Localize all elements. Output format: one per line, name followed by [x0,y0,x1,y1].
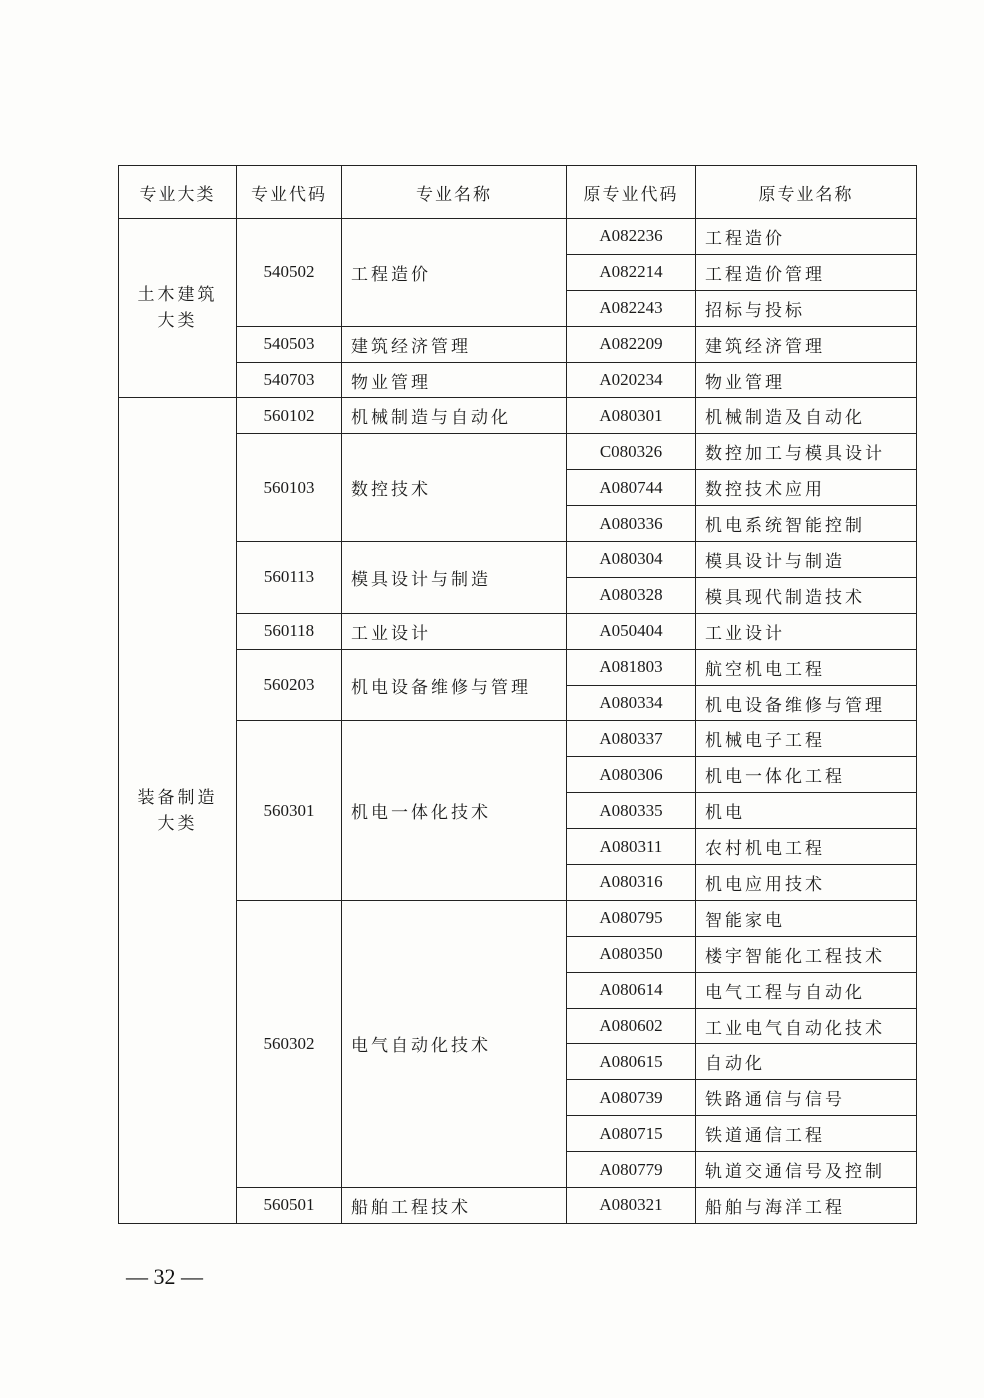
old-major-name-cell: 机电 [696,793,917,829]
category-line: 大类 [119,811,236,837]
old-major-code-cell: A020234 [567,362,696,398]
old-major-code-cell: A082243 [567,290,696,326]
major-name-cell: 数控技术 [342,434,567,542]
major-name-cell: 机电设备维修与管理 [342,649,567,721]
old-major-name-cell: 工业设计 [696,613,917,649]
old-major-name-cell: 机械制造及自动化 [696,398,917,434]
major-name-cell: 模具设计与制造 [342,542,567,614]
old-major-code-cell: A082209 [567,326,696,362]
table-header-row: 专业大类 专业代码 专业名称 原专业代码 原专业名称 [119,166,917,219]
major-name-cell: 机械制造与自动化 [342,398,567,434]
category-line: 大类 [119,308,236,334]
header-old-major-code: 原专业代码 [567,166,696,219]
old-major-name-cell: 工业电气自动化技术 [696,1008,917,1044]
old-major-code-cell: A080779 [567,1152,696,1188]
table-body: 土木建筑大类540502工程造价A082236工程造价A082214工程造价管理… [119,219,917,1224]
table-row: 560302电气自动化技术A080795智能家电 [119,900,917,936]
page-number: — 32 — [126,1264,203,1290]
old-major-name-cell: 工程造价 [696,219,917,255]
old-major-name-cell: 楼宇智能化工程技术 [696,936,917,972]
header-old-major-name: 原专业名称 [696,166,917,219]
major-code-cell: 560301 [237,721,342,900]
old-major-code-cell: A080744 [567,470,696,506]
major-name-cell: 工业设计 [342,613,567,649]
old-major-name-cell: 电气工程与自动化 [696,972,917,1008]
old-major-code-cell: A080615 [567,1044,696,1080]
old-major-name-cell: 建筑经济管理 [696,326,917,362]
old-major-code-cell: A080306 [567,757,696,793]
old-major-code-cell: A080311 [567,829,696,865]
major-code-cell: 540502 [237,219,342,327]
header-category: 专业大类 [119,166,237,219]
table-row: 土木建筑大类540502工程造价A082236工程造价 [119,219,917,255]
major-name-cell: 建筑经济管理 [342,326,567,362]
old-major-name-cell: 机械电子工程 [696,721,917,757]
old-major-code-cell: A080336 [567,506,696,542]
major-code-cell: 560118 [237,613,342,649]
old-major-name-cell: 机电应用技术 [696,865,917,901]
old-major-name-cell: 农村机电工程 [696,829,917,865]
major-code-cell: 560203 [237,649,342,721]
old-major-name-cell: 铁道通信工程 [696,1116,917,1152]
old-major-name-cell: 自动化 [696,1044,917,1080]
old-major-name-cell: 工程造价管理 [696,254,917,290]
major-name-cell: 物业管理 [342,362,567,398]
old-major-code-cell: A080328 [567,577,696,613]
major-name-cell: 船舶工程技术 [342,1188,567,1224]
old-major-name-cell: 模具现代制造技术 [696,577,917,613]
table-row: 540703物业管理A020234物业管理 [119,362,917,398]
old-major-code-cell: A080715 [567,1116,696,1152]
old-major-code-cell: A081803 [567,649,696,685]
old-major-name-cell: 航空机电工程 [696,649,917,685]
major-code-cell: 560103 [237,434,342,542]
old-major-code-cell: A080334 [567,685,696,721]
major-mapping-table: 专业大类 专业代码 专业名称 原专业代码 原专业名称 土木建筑大类540502工… [118,165,917,1224]
header-major-code: 专业代码 [237,166,342,219]
table-row: 540503建筑经济管理A082209建筑经济管理 [119,326,917,362]
old-major-code-cell: A080301 [567,398,696,434]
category-cell: 土木建筑大类 [119,219,237,398]
category-line: 土木建筑 [119,282,236,308]
old-major-code-cell: A080614 [567,972,696,1008]
old-major-name-cell: 船舶与海洋工程 [696,1188,917,1224]
table-row: 560118工业设计A050404工业设计 [119,613,917,649]
old-major-name-cell: 机电系统智能控制 [696,506,917,542]
table-row: 560501船舶工程技术A080321船舶与海洋工程 [119,1188,917,1224]
major-code-cell: 560302 [237,900,342,1187]
old-major-code-cell: A050404 [567,613,696,649]
old-major-name-cell: 模具设计与制造 [696,542,917,578]
old-major-code-cell: A080335 [567,793,696,829]
old-major-name-cell: 机电设备维修与管理 [696,685,917,721]
table-row: 560113模具设计与制造A080304模具设计与制造 [119,542,917,578]
old-major-name-cell: 物业管理 [696,362,917,398]
old-major-code-cell: A080337 [567,721,696,757]
major-name-cell: 机电一体化技术 [342,721,567,900]
old-major-name-cell: 轨道交通信号及控制 [696,1152,917,1188]
major-code-cell: 560113 [237,542,342,614]
old-major-code-cell: A080304 [567,542,696,578]
category-line: 装备制造 [119,785,236,811]
header-major-name: 专业名称 [342,166,567,219]
major-code-cell: 560501 [237,1188,342,1224]
old-major-code-cell: A080321 [567,1188,696,1224]
old-major-code-cell: A080795 [567,900,696,936]
old-major-code-cell: A080602 [567,1008,696,1044]
category-cell: 装备制造大类 [119,398,237,1223]
table-row: 560103数控技术C080326数控加工与模具设计 [119,434,917,470]
table-row: 560301机电一体化技术A080337机械电子工程 [119,721,917,757]
old-major-code-cell: C080326 [567,434,696,470]
old-major-code-cell: A082236 [567,219,696,255]
major-name-cell: 电气自动化技术 [342,900,567,1187]
old-major-name-cell: 数控加工与模具设计 [696,434,917,470]
old-major-name-cell: 铁路通信与信号 [696,1080,917,1116]
old-major-code-cell: A080316 [567,865,696,901]
old-major-name-cell: 智能家电 [696,900,917,936]
old-major-code-cell: A080739 [567,1080,696,1116]
major-code-cell: 560102 [237,398,342,434]
old-major-code-cell: A082214 [567,254,696,290]
old-major-name-cell: 招标与投标 [696,290,917,326]
table-row: 装备制造大类560102机械制造与自动化A080301机械制造及自动化 [119,398,917,434]
old-major-name-cell: 数控技术应用 [696,470,917,506]
major-name-cell: 工程造价 [342,219,567,327]
major-code-cell: 540703 [237,362,342,398]
table-row: 560203机电设备维修与管理A081803航空机电工程 [119,649,917,685]
old-major-name-cell: 机电一体化工程 [696,757,917,793]
old-major-code-cell: A080350 [567,936,696,972]
major-code-cell: 540503 [237,326,342,362]
